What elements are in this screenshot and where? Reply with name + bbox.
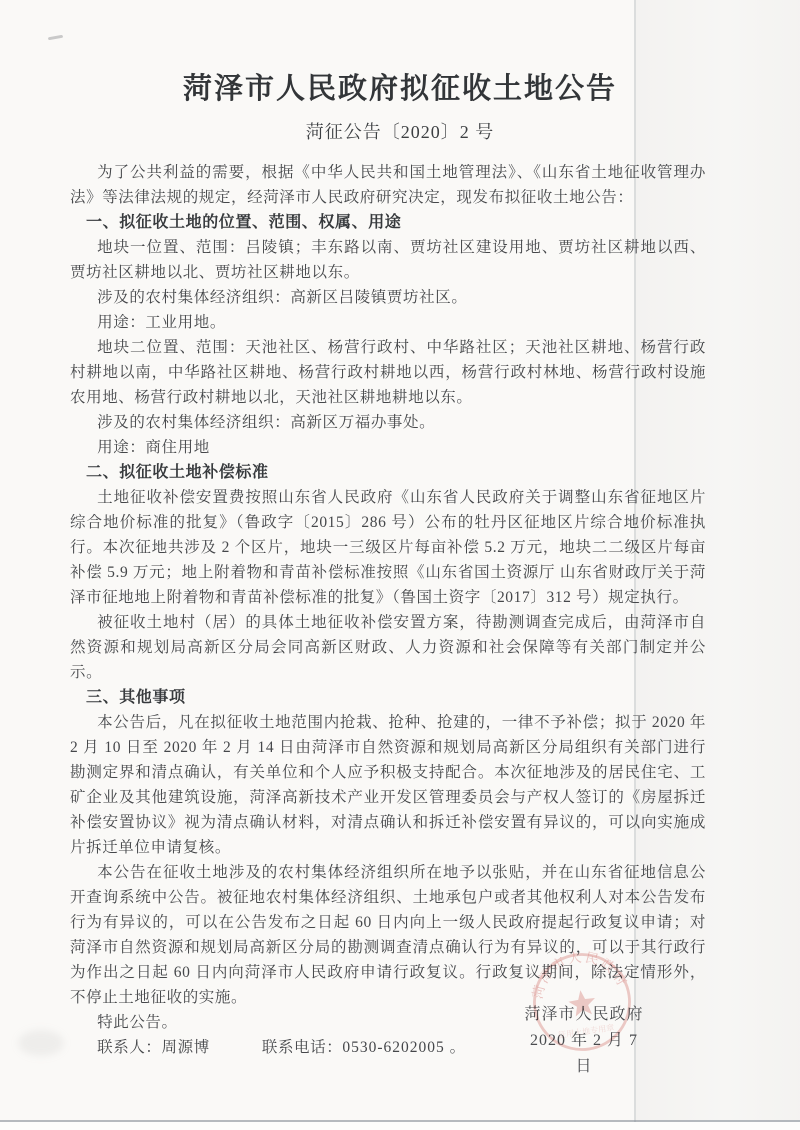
contact-person-label: 联系人：	[97, 1035, 161, 1060]
contact-person-name: 周源博	[162, 1035, 210, 1060]
document-body: 为了公共利益的需要，根据《中华人民共和国土地管理法》、《山东省土地征收管理办法》…	[70, 160, 706, 1060]
scan-smudge	[18, 1030, 64, 1056]
section-1-heading: 一、拟征收土地的位置、范围、权属、用途	[70, 210, 706, 235]
document-page: 菏泽市人民政府拟征收土地公告 菏征公告〔2020〕2 号 为了公共利益的需要，根…	[0, 0, 800, 1130]
paragraph: 地块一位置、范围：吕陵镇；丰东路以南、贾坊社区建设用地、贾坊社区耕地以西、贾坊社…	[70, 235, 706, 285]
official-seal: 菏泽市人民政府 征用土地专用章	[521, 941, 643, 1063]
intro-paragraph: 为了公共利益的需要，根据《中华人民共和国土地管理法》、《山东省土地征收管理办法》…	[70, 160, 706, 210]
contact-phone-group: 联系电话：0530-6202005 。	[262, 1035, 466, 1060]
paragraph: 土地征收补偿安置费按照山东省人民政府《山东省人民政府关于调整山东省征地区片综合地…	[70, 485, 706, 610]
paragraph: 用途：商住用地	[70, 435, 706, 460]
paragraph: 被征收土地村（居）的具体土地征收补偿安置方案，待勘测调查完成后，由菏泽市自然资源…	[70, 610, 706, 685]
paragraph: 本公告后，凡在拟征收土地范围内抢栽、抢种、抢建的，一律不予补偿；拟于 2020 …	[70, 710, 706, 860]
scan-bottom-strip	[0, 1122, 800, 1130]
section-3-heading: 三、其他事项	[70, 685, 706, 710]
document-title: 菏泽市人民政府拟征收土地公告	[0, 0, 800, 107]
paragraph: 涉及的农村集体经济组织：高新区吕陵镇贾坊社区。	[70, 285, 706, 310]
paragraph: 用途：工业用地。	[70, 310, 706, 335]
star-icon	[567, 988, 597, 1017]
contact-phone-label: 联系电话：	[262, 1039, 343, 1056]
document-number: 菏征公告〔2020〕2 号	[0, 118, 800, 144]
contact-phone-number: 0530-6202005 。	[342, 1039, 466, 1056]
section-2-heading: 二、拟征收土地补偿标准	[70, 460, 706, 485]
seal-bottom-text: 征用土地专用章	[557, 1022, 615, 1040]
paragraph: 涉及的农村集体经济组织：高新区万福办事处。	[70, 410, 706, 435]
paragraph: 地块二位置、范围：天池社区、杨营行政村、中华路社区；天池社区耕地、杨营行政村耕地…	[70, 335, 706, 410]
